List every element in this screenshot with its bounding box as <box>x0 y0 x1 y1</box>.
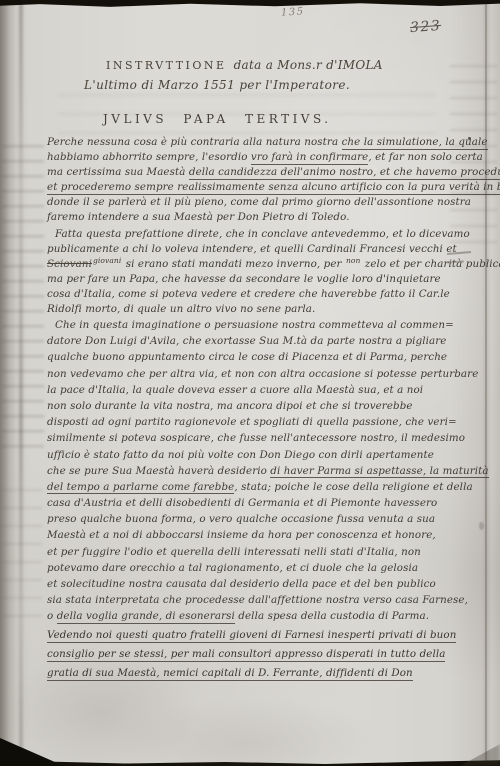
manuscript-text-segment: , et far non solo certa <box>368 151 483 163</box>
manuscript-line: Sciovanigiovani si erano stati mandati m… <box>47 258 479 273</box>
manuscript-text-segment: publicamente a chi lo voleva intendere, … <box>47 243 457 255</box>
manuscript-text-segment: di haver Parma si aspettasse, la maturit… <box>270 465 488 479</box>
manuscript-text-segment: donde il se parlerà et il più pieno, com… <box>47 196 471 208</box>
manuscript-line: o della voglia grande, di esonerarsi del… <box>47 610 479 626</box>
manuscript-line: Maestà et a noi di abboccarsi insieme da… <box>47 529 479 545</box>
manuscript-line: Vedendo noi questi quatro fratelli giove… <box>47 629 479 648</box>
paper-speck <box>479 522 484 530</box>
manuscript-line: potevamo dare orecchio a tal ragionament… <box>47 562 479 578</box>
manuscript-text-segment: o <box>47 610 57 622</box>
manuscript-text-segment: similmente si poteva sospicare, che fuss… <box>47 432 465 444</box>
manuscript-text-segment: Fatta questa prefattione direte, che in … <box>55 228 470 240</box>
manuscript-line: similmente si poteva sospicare, che fuss… <box>47 432 479 448</box>
manuscript-text-segment: non solo durante la vita nostra, ma anco… <box>47 400 413 412</box>
manuscript-line: preso qualche buona forma, o vero qualch… <box>47 513 479 529</box>
manuscript-text-segment: Che in questa imaginatione o persuasione… <box>55 319 454 331</box>
manuscript-line: Perche nessuna cosa è più contraria alla… <box>47 136 479 151</box>
manuscript-text-segment: Maestà et a noi di abboccarsi insieme da… <box>47 529 436 541</box>
manuscript-line: donde il se parlerà et il più pieno, com… <box>47 196 479 211</box>
manuscript-line: non vedevamo che per altra via, et non c… <box>47 368 479 384</box>
manuscript-text-segment: la pace d'Italia, la quale doveva esser … <box>47 384 423 396</box>
manuscript-text-segment: et procederemo sempre realissimamente se… <box>47 181 500 195</box>
manuscript-text-segment: ma certissima sua Maestà <box>47 166 189 178</box>
manuscript-line: datore Don Luigi d'Avila, che exortasse … <box>47 335 479 351</box>
manuscript-line: Che in questa imaginatione o persuasione… <box>47 319 479 335</box>
manuscript-line: la pace d'Italia, la quale doveva esser … <box>47 384 479 400</box>
paragraph: Fatta questa prefattione direte, che in … <box>47 228 479 318</box>
manuscript-text-segment: che la simulatione, la quale <box>342 136 488 150</box>
manuscript-text-segment: preso qualche buona forma, o vero qualch… <box>47 513 435 525</box>
paragraph: Perche nessuna cosa è più contraria alla… <box>47 136 479 226</box>
manuscript-line: non solo durante la vita nostra, ma anco… <box>47 400 479 416</box>
manuscript-text-segment: Vedendo noi questi quatro fratelli giove… <box>47 629 456 643</box>
manuscript-line: et solecitudine nostra causata dal desid… <box>47 578 479 594</box>
manuscript-text-segment: datore Don Luigi d'Avila, che exortasse … <box>47 335 447 347</box>
manuscript-text-segment: , stata; poiche le cose della religione … <box>234 481 472 493</box>
manuscript-line: sia stata interpretata che procedesse da… <box>47 594 479 610</box>
paragraph: Vedendo noi questi quatro fratelli giove… <box>47 629 479 686</box>
manuscript-text-segment: et per fuggire l'odio et querella delli … <box>47 546 421 558</box>
manuscript-line: qualche buono appuntamento circa le cose… <box>47 351 479 367</box>
manuscript-text-segment: consiglio per se stessi, per mali consul… <box>47 648 445 662</box>
manuscript-text-segment: Perche nessuna cosa è più contraria alla… <box>47 136 342 148</box>
manuscript-text-segment: zelo et per charità publica <box>361 258 500 270</box>
manuscript-text-segment: gratia di sua Maestà, nemici capitali di… <box>47 667 413 681</box>
manuscript-line: disposti ad ogni partito ragionevole et … <box>47 416 479 432</box>
manuscript-text-segment: sia stata interpretata che procedesse da… <box>47 594 468 606</box>
manuscript-line: ma per fare un Papa, che havesse da seco… <box>47 273 479 288</box>
manuscript-text-segment: del tempo a parlarne come farebbe <box>47 481 234 495</box>
manuscript-line: gratia di sua Maestà, nemici capitali di… <box>47 667 479 686</box>
manuscript-text-segment: vro farà in confirmare <box>251 151 368 165</box>
manuscript-text-segment: habbiamo abhorrito sempre, l'esordio <box>47 151 251 163</box>
manuscript-text-segment: qualche buono appuntamento circa le cose… <box>47 351 447 363</box>
manuscript-body: Perche nessuna cosa è più contraria alla… <box>0 0 500 766</box>
manuscript-text-segment: non <box>346 256 360 265</box>
manuscript-page-scan: 135 323 INSTRVTTIONEdata a Mons.r d'IMOL… <box>0 0 500 766</box>
manuscript-line: faremo intendere a sua Maestà per Don Pi… <box>47 211 479 226</box>
manuscript-line: habbiamo abhorrito sempre, l'esordio vro… <box>47 151 479 166</box>
manuscript-text-segment: casa d'Austria et delli disobedienti di … <box>47 497 437 509</box>
manuscript-text-segment: et solecitudine nostra causata dal desid… <box>47 578 436 590</box>
manuscript-text-segment: potevamo dare orecchio a tal ragionament… <box>47 562 418 574</box>
manuscript-line: Fatta questa prefattione direte, che in … <box>47 228 479 243</box>
paragraph: Che in questa imaginatione o persuasione… <box>47 319 479 627</box>
manuscript-text-segment: della candidezza dell'animo nostro, et c… <box>189 166 500 180</box>
manuscript-text-segment: si erano stati mandati mezo inverno, per <box>122 258 345 270</box>
manuscript-line: et procederemo sempre realissimamente se… <box>47 181 479 196</box>
manuscript-text-segment: faremo intendere a sua Maestà per Don Pi… <box>47 211 350 223</box>
manuscript-line: che se pure Sua Maestà haverà desiderio … <box>47 465 479 481</box>
manuscript-text-segment: non vedevamo che per altra via, et non c… <box>47 368 478 380</box>
manuscript-line: Ridolfi morto, di quale un altro vivo no… <box>47 303 479 318</box>
manuscript-line: consiglio per se stessi, per mali consul… <box>47 648 479 667</box>
manuscript-text-segment: cosa d'Italia, come si poteva vedere et … <box>47 288 450 300</box>
manuscript-text-segment: ufficio è stato fatto da noi più volte c… <box>47 449 434 461</box>
manuscript-line: ufficio è stato fatto da noi più volte c… <box>47 449 479 465</box>
manuscript-line: et per fuggire l'odio et querella delli … <box>47 546 479 562</box>
manuscript-line: cosa d'Italia, come si poteva vedere et … <box>47 288 479 303</box>
manuscript-text-segment: Ridolfi morto, di quale un altro vivo no… <box>47 303 315 315</box>
manuscript-line: ma certissima sua Maestà della candidezz… <box>47 166 479 181</box>
manuscript-line: del tempo a parlarne come farebbe, stata… <box>47 481 479 497</box>
manuscript-text-segment: che se pure Sua Maestà haverà desiderio <box>47 465 270 477</box>
manuscript-text-segment: Sciovani <box>47 258 92 270</box>
manuscript-text-segment: giovani <box>93 256 121 265</box>
manuscript-text-segment: della voglia grande, di esonerarsi <box>57 610 235 624</box>
ink-dot-mark <box>468 137 471 140</box>
manuscript-line: casa d'Austria et delli disobedienti di … <box>47 497 479 513</box>
manuscript-text-segment: della spesa della custodia di Parma. <box>235 610 429 622</box>
manuscript-text-segment: disposti ad ogni partito ragionevole et … <box>47 416 457 428</box>
manuscript-text-segment: ma per fare un Papa, che havesse da seco… <box>47 273 441 285</box>
